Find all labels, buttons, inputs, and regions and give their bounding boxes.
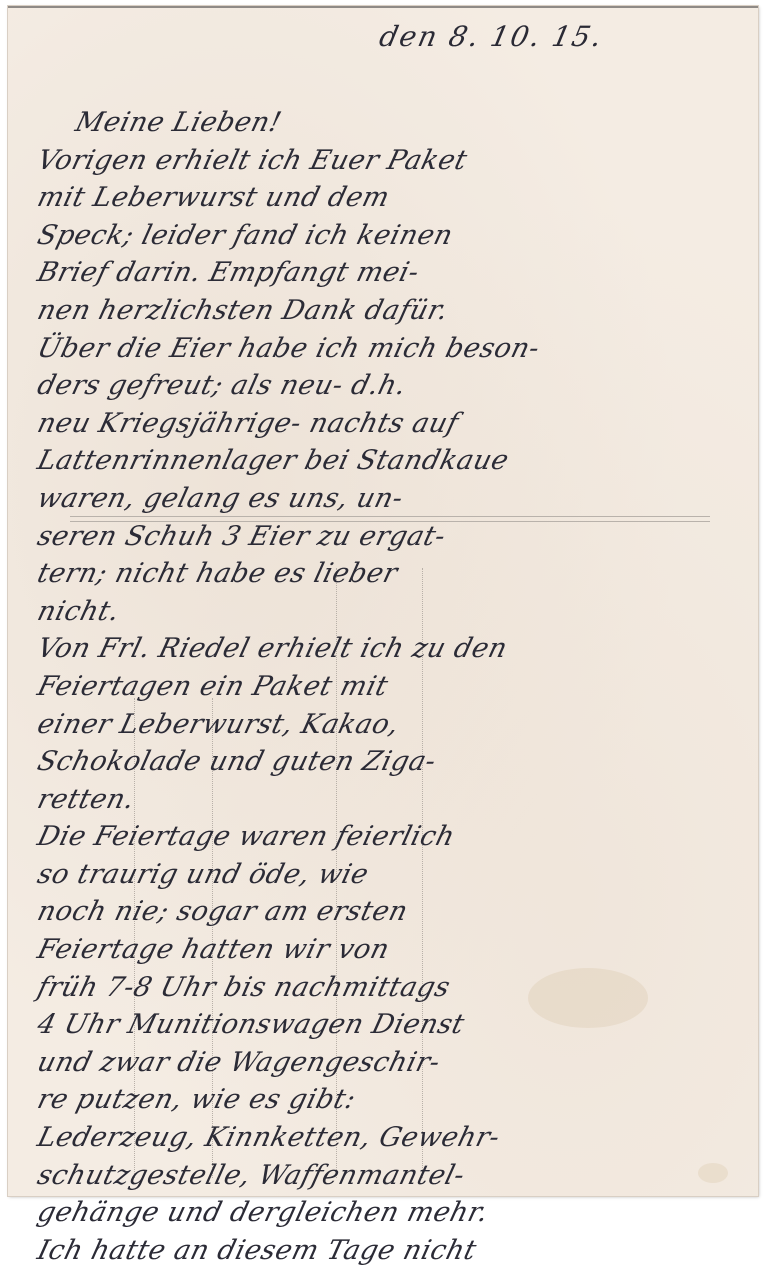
letter-line: Von Frl. Riedel erhielt ich zu den [33, 630, 762, 668]
letter-line: mit Leberwurst und dem [33, 179, 762, 217]
letter-line: einer Leberwurst, Kakao, [33, 706, 762, 744]
letter-line: so traurig und öde, wie [33, 856, 762, 894]
letter-line: schutzgestelle, Waffenmantel- [33, 1157, 762, 1195]
letter-line: Die Feiertage waren feierlich [33, 818, 762, 856]
letter-line: waren, gelang es uns, un- [33, 480, 762, 518]
letter-line: Speck; leider fand ich keinen [33, 217, 762, 255]
letter-line: nen herzlichsten Dank dafür. [33, 292, 762, 330]
letter-line: retten. [33, 781, 762, 819]
letter-line: Brief darin. Empfangt mei- [33, 254, 762, 292]
letter-line: Schokolade und guten Ziga- [33, 743, 762, 781]
postcard: den 8. 10. 15. Meine Lieben! Vorigen erh… [8, 6, 758, 1196]
letter-line: tern; nicht habe es lieber [33, 555, 762, 593]
letter-line: Feiertage hatten wir von [33, 931, 762, 969]
letter-line: nicht. [33, 593, 762, 631]
letter-line: und zwar die Wagengeschir- [33, 1044, 762, 1082]
letter-line: Über die Eier habe ich mich beson- [33, 330, 762, 368]
letter-line: ders gefreut; als neu- d.h. [33, 367, 762, 405]
letter-line: Lederzeug, Kinnketten, Gewehr- [33, 1119, 762, 1157]
letter-line: gehänge und dergleichen mehr. [33, 1194, 762, 1200]
letter-line: früh 7-8 Uhr bis nachmittags [33, 969, 762, 1007]
letter-line: 4 Uhr Munitionswagen Dienst [33, 1006, 762, 1044]
salutation: Meine Lieben! [71, 104, 762, 142]
letter-line: Feiertagen ein Paket mit [33, 668, 762, 706]
letter-date: den 8. 10. 15. [376, 20, 606, 53]
letter-line: Lattenrinnenlager bei Standkaue [33, 442, 762, 480]
letter-line: re putzen, wie es gibt: [33, 1081, 762, 1119]
letter-line: neu Kriegsjährige- nachts auf [33, 405, 762, 443]
letter-line: seren Schuh 3 Eier zu ergat- [33, 518, 762, 556]
letter-line: noch nie; sogar am ersten [33, 893, 762, 931]
letter-line: Vorigen erhielt ich Euer Paket [33, 142, 762, 180]
letter-body: Meine Lieben! Vorigen erhielt ich Euer P… [38, 104, 758, 1200]
